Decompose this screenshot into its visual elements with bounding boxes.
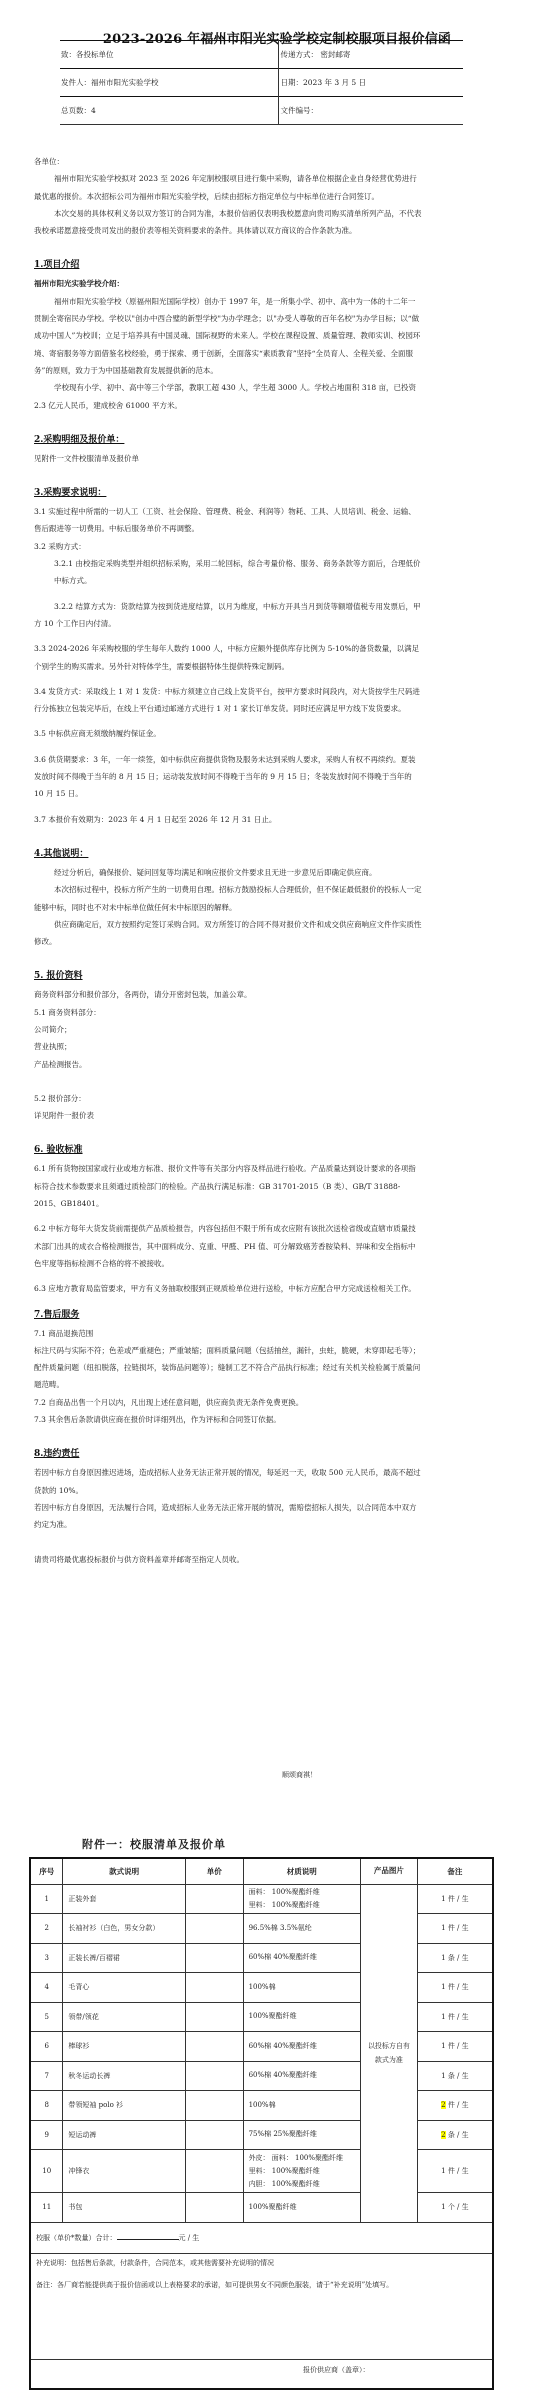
row-description: 带领短袖 polo 衫	[63, 2091, 185, 2121]
table-row: 9 短运动裤 75%棉 25%聚酯纤维 2 条 / 生	[30, 2120, 493, 2150]
table-row: 10 冲锋衣 外皮： 面料： 100%聚酯纤维里料： 100%聚酯纤维内胆： 1…	[30, 2150, 493, 2193]
row-unit-price-input[interactable]	[185, 2150, 243, 2193]
table-row: 1 正装外套 面料： 100%聚酯纤维里料： 100%聚酯纤维 以投标方自有款式…	[30, 1884, 493, 1914]
supplement-label: 补充说明：包括售后条款，付款条件，合同范本，或其他需要补充说明的情况	[36, 2258, 487, 2268]
signature-label: 报价供应商（盖章）：	[30, 2359, 493, 2389]
letter-body: 各单位： 福州市阳光实验学校拟对 2023 至 2026 年定制校服项目进行集中…	[34, 153, 422, 1568]
total-unit: 元 / 生	[179, 2234, 200, 2242]
intro-paragraph-1: 福州市阳光实验学校拟对 2023 至 2026 年定制校服项目进行集中采购，请各…	[34, 170, 422, 205]
row-material: 100%棉	[243, 2091, 360, 2121]
col-header-unit-price: 单价	[185, 1858, 243, 1884]
section-6-heading: 6. 验收标准	[34, 1141, 422, 1160]
row-material: 100%聚酯纤维	[243, 2002, 360, 2032]
section-5-heading: 5. 报价资料	[34, 967, 422, 986]
row-description: 秋冬运动长裤	[63, 2061, 185, 2091]
section-5-1: 5.1 商务资料部分：	[34, 1004, 422, 1021]
table-row: 11 书包 100%聚酯纤维 1 个 / 生	[30, 2193, 493, 2223]
row-no: 7	[30, 2061, 63, 2091]
section-7-1: 7.1 商品退换范围	[34, 1325, 422, 1342]
row-remark: 1 件 / 生	[417, 1973, 493, 2003]
intro-paragraph-2: 本次交易的具体权利义务以双方签订的合同为准，本报价信函仅表明我校愿意向贵司购买清…	[34, 205, 422, 240]
row-remark: 1 件 / 生	[417, 2032, 493, 2062]
section-3-3: 3.3 2024-2026 年采购校服的学生每年人数约 1000 人，中标方应额…	[34, 640, 422, 675]
col-header-material: 材质说明	[243, 1858, 360, 1884]
table-row: 4 毛背心 100%棉 1 件 / 生	[30, 1973, 493, 2003]
section-3-2-2: 3.2.2 结算方式为：货款结算为按到货进度结算，以月为维度，中标方开具当月到货…	[34, 598, 422, 633]
total-label: 校服（单价*数量）合计：	[36, 2234, 117, 2242]
row-no: 11	[30, 2193, 63, 2223]
table-row: 8 带领短袖 polo 衫 100%棉 2 件 / 生	[30, 2091, 493, 2121]
row-no: 1	[30, 1884, 63, 1914]
row-description: 棒球衫	[63, 2032, 185, 2062]
section-6-3: 6.3 应地方教育局监管要求，甲方有义务抽取校服到正规质检单位进行送检，中标方应…	[34, 1280, 422, 1297]
section-4-paragraph-3: 供应商确定后，双方按照约定签订采购合同。双方所签订的合同不得对报价文件和成交供应…	[34, 916, 422, 951]
row-material: 75%棉 25%聚酯纤维	[243, 2120, 360, 2150]
row-material: 100%聚酯纤维	[243, 2193, 360, 2223]
section-1-paragraph-1: 福州市阳光实验学校（原福州阳光国际学校）创办于 1997 年，是一所集小学、初中…	[34, 293, 422, 379]
header-date: 日期：2023 年 3 月 5 日	[278, 69, 463, 97]
row-material: 外皮： 面料： 100%聚酯纤维里料： 100%聚酯纤维内胆： 100%聚酯纤维	[243, 2150, 360, 2193]
header-pages: 总页数：4	[60, 97, 278, 125]
signature-row: 报价供应商（盖章）：	[30, 2359, 493, 2389]
section-3-heading: 3.采购要求说明：	[34, 484, 422, 503]
supplement-remark: 备注：各厂商若能提供高于报价信函或以上表格要求的承诺，如可提供男女不同颜色服装，…	[36, 2280, 487, 2290]
row-unit-price-input[interactable]	[185, 1884, 243, 1914]
row-no: 3	[30, 1943, 63, 1973]
section-3-5: 3.5 中标供应商无须缴纳履约保证金。	[34, 725, 422, 742]
row-unit-price-input[interactable]	[185, 1914, 243, 1944]
section-1-heading: 1.项目介绍	[34, 256, 422, 275]
row-unit-price-input[interactable]	[185, 2193, 243, 2223]
header-file-no: 文件编号：	[278, 97, 463, 125]
salutation: 各单位：	[34, 153, 422, 170]
row-no: 10	[30, 2150, 63, 2193]
section-5-2: 5.2 报价部分：	[34, 1090, 422, 1107]
row-unit-price-input[interactable]	[185, 1943, 243, 1973]
section-7-1-detail: 标注尺码与实际不符；色差或严重褪色；严重皱缩；面料质量问题（包括抽丝，漏针，虫蛀…	[34, 1342, 422, 1394]
annex-title: 附件一：校服清单及报价单	[82, 1836, 226, 1852]
section-7-3: 7.3 其余售后条款请供应商在报价时详细列出，作为评标和合同签订依据。	[34, 1411, 422, 1428]
row-material: 60%棉 40%聚酯纤维	[243, 2032, 360, 2062]
row-material: 60%棉 40%聚酯纤维	[243, 1943, 360, 1973]
table-row: 5 领带/领花 100%聚酯纤维 1 件 / 生	[30, 2002, 493, 2032]
row-remark: 2 条 / 生	[417, 2120, 493, 2150]
section-8-paragraph-1: 若因中标方自身原因推迟进场，造成招标人业务无法正常开展的情况，每延迟一天，收取 …	[34, 1464, 422, 1499]
row-remark: 1 条 / 生	[417, 2061, 493, 2091]
section-5-1-item-2: 营业执照；	[34, 1038, 422, 1055]
row-unit-price-input[interactable]	[185, 2032, 243, 2062]
closing-request: 请贵司将最优惠投标报价与供方资料盖章并邮寄至指定人员收。	[34, 1551, 422, 1568]
row-remark: 1 件 / 生	[417, 1884, 493, 1914]
section-7-2: 7.2 自商品出售一个月以内，凡出现上述任意问题，供应商负责无条件免费更换。	[34, 1394, 422, 1411]
header-to: 致：各投标单位	[60, 41, 278, 69]
total-input[interactable]	[117, 2232, 179, 2240]
row-material: 96.5%棉 3.5%氨纶	[243, 1914, 360, 1944]
section-1-subheading: 福州市阳光实验学校介绍：	[34, 275, 422, 292]
section-3-2: 3.2 采购方式：	[34, 538, 422, 555]
row-remark: 1 件 / 生	[417, 1914, 493, 1944]
header-info-table: 致：各投标单位 传递方式： 密封邮寄 发件人：福州市阳光实验学校 日期：2023…	[60, 40, 463, 125]
section-3-1: 3.1 实施过程中所需的一切人工（工资、社会保险、管理费、税金、利润等）物耗、工…	[34, 503, 422, 538]
row-material: 60%棉 40%聚酯纤维	[243, 2061, 360, 2091]
section-5-2-detail: 详见附件一报价表	[34, 1107, 422, 1124]
row-remark: 1 件 / 生	[417, 2150, 493, 2193]
row-no: 4	[30, 1973, 63, 2003]
row-material: 100%棉	[243, 1973, 360, 2003]
row-remark: 2 件 / 生	[417, 2091, 493, 2121]
col-header-description: 款式说明	[63, 1858, 185, 1884]
quote-table: 序号 款式说明 单价 材质说明 产品图片 备注 1 正装外套 面料： 100%聚…	[29, 1857, 494, 2390]
section-3-2-1: 3.2.1 由校指定采购类型并组织招标采购，采用二轮回标，综合考量价格、服务、商…	[34, 555, 422, 590]
row-description: 长袖衬衫（白色，男女分款）	[63, 1914, 185, 1944]
row-description: 正装长裤/百褶裙	[63, 1943, 185, 1973]
section-8-heading: 8.违约责任	[34, 1445, 422, 1464]
row-unit-price-input[interactable]	[185, 2091, 243, 2121]
closing-salutation: 顺颂商祺！	[282, 1770, 317, 1780]
row-description: 毛背心	[63, 1973, 185, 2003]
row-remark: 1 条 / 生	[417, 1943, 493, 1973]
table-row: 3 正装长裤/百褶裙 60%棉 40%聚酯纤维 1 条 / 生	[30, 1943, 493, 1973]
section-2-paragraph: 见附件一文件校服清单及报价单	[34, 450, 422, 467]
row-description: 书包	[63, 2193, 185, 2223]
table-row: 2 长袖衬衫（白色，男女分款） 96.5%棉 3.5%氨纶 1 件 / 生	[30, 1914, 493, 1944]
row-remark: 1 个 / 生	[417, 2193, 493, 2223]
section-3-7: 3.7 本报价有效期为：2023 年 4 月 1 日起至 2026 年 12 月…	[34, 811, 422, 828]
row-unit-price-input[interactable]	[185, 2120, 243, 2150]
section-4-paragraph-1: 经过分析后，确保报价、疑问回复等均满足和响应报价文件要求且无进一步意见后即确定供…	[34, 864, 422, 881]
row-no: 6	[30, 2032, 63, 2062]
section-5-paragraph: 商务资料部分和报价部分，各两份，请分开密封包装，加盖公章。	[34, 986, 422, 1003]
product-image-note: 以投标方自有款式为准	[361, 1884, 418, 2222]
col-header-product-image: 产品图片	[361, 1858, 418, 1884]
row-unit-price-input[interactable]	[185, 2061, 243, 2091]
section-4-paragraph-2: 本次招标过程中，投标方所产生的一切费用自理。招标方鼓励投标人合理低价，但不保证最…	[34, 881, 422, 916]
table-row: 7 秋冬运动长裤 60%棉 40%聚酯纤维 1 条 / 生	[30, 2061, 493, 2091]
row-no: 2	[30, 1914, 63, 1944]
col-header-remarks: 备注	[417, 1858, 493, 1884]
row-unit-price-input[interactable]	[185, 1973, 243, 2003]
table-header-row: 序号 款式说明 单价 材质说明 产品图片 备注	[30, 1858, 493, 1884]
section-4-heading: 4.其他说明：	[34, 845, 422, 864]
section-8-paragraph-2: 若因中标方自身原因，无法履行合同，造成招标人业务无法正常开展的情况，需赔偿招标人…	[34, 1499, 422, 1534]
row-description: 领带/领花	[63, 2002, 185, 2032]
row-remark: 1 件 / 生	[417, 2002, 493, 2032]
section-5-1-item-3: 产品检测报告。	[34, 1056, 422, 1073]
supplement-row: 补充说明：包括售后条款，付款条件，合同范本，或其他需要补充说明的情况 备注：各厂…	[30, 2253, 493, 2359]
total-row: 校服（单价*数量）合计：元 / 生	[30, 2222, 493, 2253]
row-no: 8	[30, 2091, 63, 2121]
section-3-4: 3.4 发货方式：采取线上 1 对 1 发货：中标方须建立自己线上发货平台，按甲…	[34, 683, 422, 718]
row-no: 5	[30, 2002, 63, 2032]
header-sender: 发件人：福州市阳光实验学校	[60, 69, 278, 97]
table-row: 6 棒球衫 60%棉 40%聚酯纤维 1 件 / 生	[30, 2032, 493, 2062]
section-5-1-item-1: 公司简介；	[34, 1021, 422, 1038]
total-cell: 校服（单价*数量）合计：元 / 生	[30, 2222, 493, 2253]
row-material: 面料： 100%聚酯纤维里料： 100%聚酯纤维	[243, 1884, 360, 1914]
section-6-1: 6.1 所有货物按国家或行业或地方标准、报价文件等有关部分内容及样品进行验收。产…	[34, 1160, 422, 1212]
row-no: 9	[30, 2120, 63, 2150]
row-description: 冲锋衣	[63, 2150, 185, 2193]
row-description: 短运动裤	[63, 2120, 185, 2150]
section-2-heading: 2.采购明细及报价单：	[34, 431, 422, 450]
section-6-2: 6.2 中标方每年大货发货前需提供产品质检报告，内容包括但不限于所有成衣应附有该…	[34, 1220, 422, 1272]
col-header-no: 序号	[30, 1858, 63, 1884]
supplement-input-area[interactable]: 补充说明：包括售后条款，付款条件，合同范本，或其他需要补充说明的情况 备注：各厂…	[30, 2253, 493, 2359]
section-7-heading: 7.售后服务	[34, 1306, 422, 1325]
header-delivery: 传递方式： 密封邮寄	[278, 41, 463, 69]
row-description: 正装外套	[63, 1884, 185, 1914]
section-1-paragraph-2: 学校现有小学、初中、高中等三个学部，教职工超 430 人，学生超 3000 人。…	[34, 379, 422, 414]
section-3-6: 3.6 供货期要求：3 年，一年一续签，如中标供应商提供货物及服务未达到采购人要…	[34, 751, 422, 803]
row-unit-price-input[interactable]	[185, 2002, 243, 2032]
